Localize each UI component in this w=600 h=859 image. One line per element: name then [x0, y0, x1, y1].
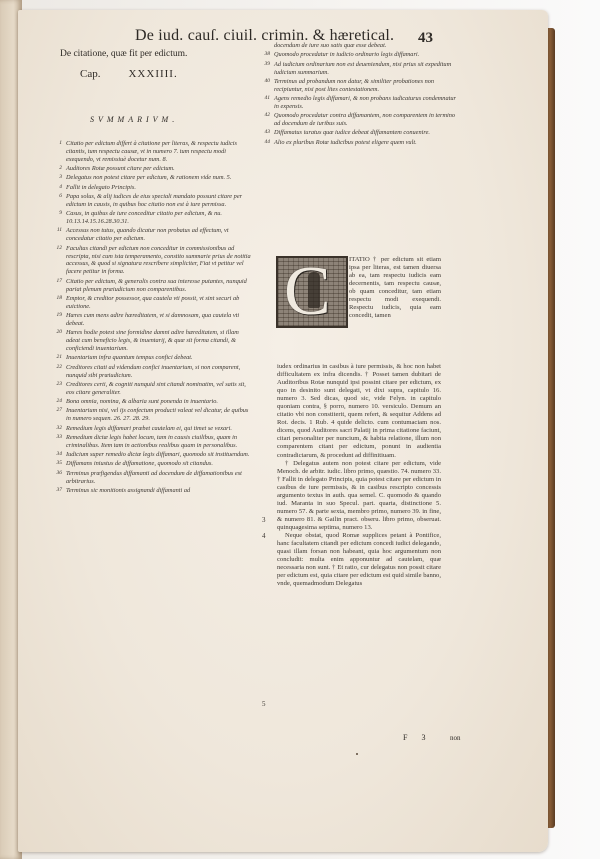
chapter-heading: Cap.XXXIIII. — [80, 68, 178, 80]
summary-item: 41Agens remedio legis diffamari, & non p… — [256, 95, 461, 111]
margin-number: 3 — [262, 516, 266, 524]
summary-item-number: 3 — [48, 174, 62, 182]
summary-item-text: Creditores citati ad videndum confici in… — [66, 364, 253, 380]
summary-item-number: 35 — [48, 460, 62, 468]
summary-item: 17Citatio per edictum, & generalis contr… — [48, 278, 253, 294]
summary-item-text: Creditores certi, & cogniti nunquid sint… — [66, 381, 253, 397]
summary-item-text: Alio ex pluribus Rotæ iudicibus potest e… — [274, 139, 461, 147]
body-text-main: iudex ordinarius in casibus à iure permi… — [277, 363, 441, 588]
catchword: non — [450, 734, 461, 742]
chapter-label: Cap. — [80, 68, 100, 80]
summary-item-number: 18 — [48, 295, 62, 303]
summary-item-number: 36 — [48, 470, 62, 478]
summary-item-text: Terminus præfigendus diffamanti ad docen… — [66, 470, 253, 486]
summary-item-number: 19 — [48, 312, 62, 320]
summary-item-text: Inuentarium infra quantum tempus confici… — [66, 354, 253, 362]
summary-item: 1Citatio per edictum differt à citatione… — [48, 140, 253, 164]
summary-item: 21Inuentarium infra quantum tempus confi… — [48, 354, 253, 362]
summary-item-text: Remedium dictæ legis habet locum, tam in… — [66, 434, 253, 450]
summary-item-text: Facultas citandi per edictum non concedi… — [66, 245, 253, 277]
chapter-subtitle: De citatione, quæ fit per edictum. — [60, 49, 187, 59]
summary-item-number: 44 — [256, 139, 270, 147]
summary-item: 3Delegatus non potest citare per edictum… — [48, 174, 253, 182]
body-text-beside-initial: ITATIO † per edictum sit etiam ipsa per … — [349, 256, 441, 320]
summary-item: 23Creditores certi, & cogniti nunquid si… — [48, 381, 253, 397]
summary-item-number: 17 — [48, 278, 62, 286]
summary-right-column: docendum de iure suo satis quæ esse debe… — [256, 42, 461, 148]
summary-item-number: 42 — [256, 112, 270, 120]
summary-item-number: 27 — [48, 407, 62, 415]
summary-item-text: Citatio per edictum, & generalis contra … — [66, 278, 253, 294]
summary-item-text: Casus, in quibus de iure conceditur cita… — [66, 210, 253, 226]
summary-item-text: Auditores Rotæ possunt citare per edictu… — [66, 165, 253, 173]
summary-item-text: Inuentarium nisi, vel ijs confectum prod… — [66, 407, 253, 423]
summary-item-text: docendum de iure suo satis quæ esse debe… — [274, 42, 461, 50]
summary-item: 20Hæres hodie potest sine formidine damn… — [48, 329, 253, 353]
summary-item: 40Terminus ad probandum non datur, & sim… — [256, 78, 461, 94]
margin-number: 5 — [262, 700, 266, 708]
summary-item: 42Quomodo procedatur contra diffamantem,… — [256, 112, 461, 128]
body-paragraph: Neque obstat, quod Romæ supplices petant… — [277, 532, 441, 588]
woodcut-initial: C — [276, 256, 348, 328]
summary-item-number: 33 — [48, 434, 62, 442]
summary-item: 34Iudicium super remedio dictæ legis dif… — [48, 451, 253, 459]
summary-item-number: 34 — [48, 451, 62, 459]
summary-item-text: Ad iudicium ordinarium non est deueniend… — [274, 61, 461, 77]
summary-item-text: Terminus ad probandum non datur, & simil… — [274, 78, 461, 94]
summary-heading: SVMMARIVM. — [90, 115, 178, 124]
paper-speck — [356, 753, 358, 755]
summary-item: 44Alio ex pluribus Rotæ iudicibus potest… — [256, 139, 461, 147]
chapter-number: XXXIIII. — [128, 68, 177, 80]
body-paragraph: iudex ordinarius in casibus à iure permi… — [277, 363, 441, 460]
body-paragraph: † Delegatus autem non potest citare per … — [277, 460, 441, 532]
summary-item: 27Inuentarium nisi, vel ijs confectum pr… — [48, 407, 253, 423]
summary-item: 32Remedium legis diffamari præbet cautel… — [48, 425, 253, 433]
summary-item-number: 9 — [48, 210, 62, 218]
summary-item: 11Accessus non tutus, quando dicatur non… — [48, 227, 253, 243]
summary-item-text: Fallit in delegato Principis. — [66, 184, 253, 192]
summary-item-text: Diffamans iniustus de diffamatione, quom… — [66, 460, 253, 468]
summary-item: docendum de iure suo satis quæ esse debe… — [256, 42, 461, 50]
summary-item-number: 20 — [48, 329, 62, 337]
drop-cap-letter: C — [284, 252, 331, 332]
summary-item: 38Quomodo procedatur in iudicio ordinari… — [256, 51, 461, 59]
summary-item-text: Hæres cum mens adire hæreditatem, vt si … — [66, 312, 253, 328]
summary-item: 9Casus, in quibus de iure conceditur cit… — [48, 210, 253, 226]
summary-item: 24Bona omnia, nomina, & albaria sunt pon… — [48, 398, 253, 406]
summary-item-text: Agens remedio legis diffamari, & non pro… — [274, 95, 461, 111]
summary-item-text: Accessus non tutus, quando dicatur non p… — [66, 227, 253, 243]
margin-number: 4 — [262, 532, 266, 540]
summary-item-text: Diffamatus iuratus quæ iudice debeat dif… — [274, 129, 461, 137]
summary-item-number: 40 — [256, 78, 270, 86]
summary-item-text: Quomodo procedatur contra diffamantem, n… — [274, 112, 461, 128]
summary-item-number: 21 — [48, 354, 62, 362]
summary-item: 33Remedium dictæ legis habet locum, tam … — [48, 434, 253, 450]
summary-item-text: Terminus sic monitionis assignandi diffa… — [66, 487, 253, 495]
summary-left-column: 1Citatio per edictum differt à citatione… — [48, 140, 253, 496]
summary-item-number: 1 — [48, 140, 62, 148]
summary-item-number: 11 — [48, 227, 62, 235]
summary-item-text: Citatio per edictum differt à citatione … — [66, 140, 253, 164]
summary-item-number: 41 — [256, 95, 270, 103]
summary-item-text: Delegatus non potest citare per edictum,… — [66, 174, 253, 182]
summary-item-number: 2 — [48, 165, 62, 173]
summary-item-number: 12 — [48, 245, 62, 253]
summary-item-number: 38 — [256, 51, 270, 59]
signature-mark: F 3 — [403, 733, 431, 742]
summary-item: 39Ad iudicium ordinarium non est deuenie… — [256, 61, 461, 77]
summary-item-number: 23 — [48, 381, 62, 389]
summary-item: 37Terminus sic monitionis assignandi dif… — [48, 487, 253, 495]
summary-item: 4Fallit in delegato Principis. — [48, 184, 253, 192]
summary-item-text: Bona omnia, nomina, & albaria sunt ponen… — [66, 398, 253, 406]
summary-item-number: 37 — [48, 487, 62, 495]
summary-item-text: Quomodo procedatur in iudicio ordinario … — [274, 51, 461, 59]
summary-item: 36Terminus præfigendus diffamanti ad doc… — [48, 470, 253, 486]
summary-item-number: 32 — [48, 425, 62, 433]
summary-item-number: 24 — [48, 398, 62, 406]
summary-item-number: 4 — [48, 184, 62, 192]
summary-item: 43Diffamatus iuratus quæ iudice debeat d… — [256, 129, 461, 137]
summary-item: 22Creditores citati ad videndum confici … — [48, 364, 253, 380]
summary-item: 19Hæres cum mens adire hæreditatem, vt s… — [48, 312, 253, 328]
summary-item-text: Iudicium super remedio dictæ legis diffa… — [66, 451, 253, 459]
summary-item: 6Papa solus, & alij iudices de eius spec… — [48, 193, 253, 209]
summary-item-number: 39 — [256, 61, 270, 69]
summary-item: 12Facultas citandi per edictum non conce… — [48, 245, 253, 277]
summary-item-text: Papa solus, & alij iudices de eius speci… — [66, 193, 253, 209]
summary-item-number: 6 — [48, 193, 62, 201]
summary-item-text: Emptor, & creditor possessor, qua cautel… — [66, 295, 253, 311]
summary-item-number: 43 — [256, 129, 270, 137]
summary-item: 35Diffamans iniustus de diffamatione, qu… — [48, 460, 253, 468]
summary-item-text: Remedium legis diffamari præbet cautelam… — [66, 425, 253, 433]
summary-item-text: Hæres hodie potest sine formidine damni … — [66, 329, 253, 353]
summary-item: 2Auditores Rotæ possunt citare per edict… — [48, 165, 253, 173]
summary-item: 18Emptor, & creditor possessor, qua caut… — [48, 295, 253, 311]
summary-item-number: 22 — [48, 364, 62, 372]
